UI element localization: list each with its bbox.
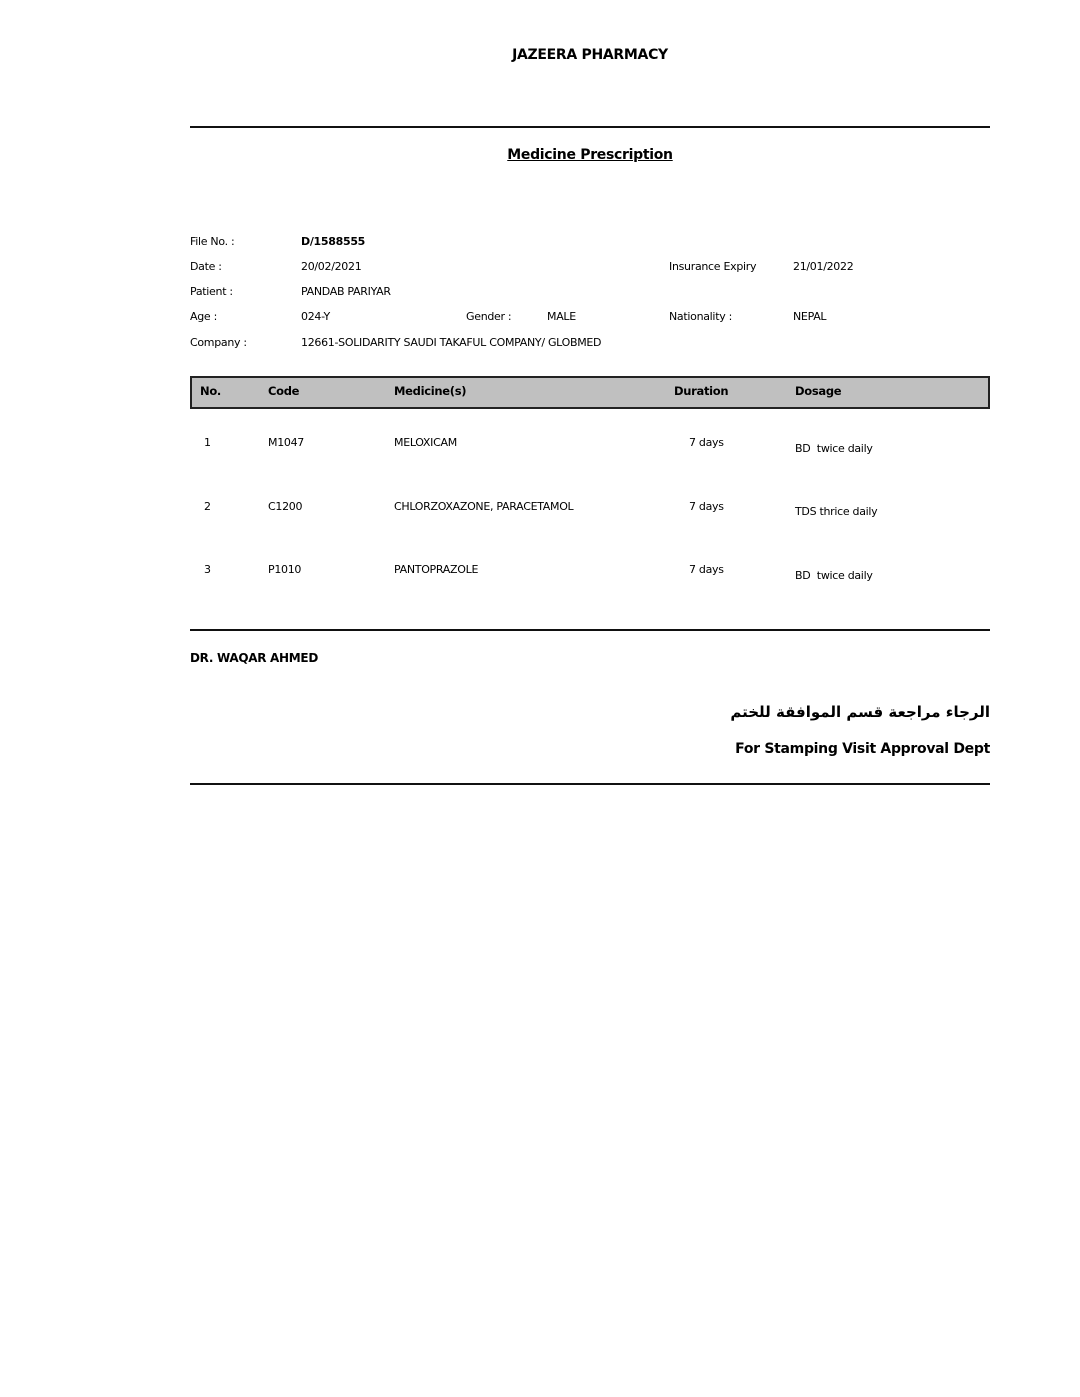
date-value: 20/02/2021 — [301, 260, 361, 273]
insurance-expiry-value: 21/01/2022 — [793, 260, 853, 273]
row-dosage: BD twice daily — [795, 442, 873, 455]
gender-label: Gender : — [466, 310, 511, 323]
company-value: 12661-SOLIDARITY SAUDI TAKAFUL COMPANY/ … — [301, 336, 601, 349]
top-divider — [190, 126, 990, 128]
header-no: No. — [200, 384, 221, 398]
footer-bottom-divider — [190, 783, 990, 785]
stamping-note: For Stamping Visit Approval Dept — [735, 741, 990, 757]
document-title: Medicine Prescription — [190, 147, 990, 163]
file-no-value: D/1588555 — [301, 235, 365, 248]
doctor-name: DR. WAQAR AHMED — [190, 651, 318, 665]
gender-value: MALE — [547, 310, 576, 323]
nationality-label: Nationality : — [669, 310, 732, 323]
file-no-label: File No. : — [190, 235, 234, 248]
pharmacy-name: JAZEERA PHARMACY — [0, 47, 1080, 63]
row-no: 2 — [204, 500, 211, 513]
nationality-value: NEPAL — [793, 310, 826, 323]
insurance-expiry-label: Insurance Expiry — [669, 260, 756, 273]
header-dosage: Dosage — [795, 384, 841, 398]
row-code: P1010 — [268, 563, 301, 576]
patient-label: Patient : — [190, 285, 233, 298]
date-label: Date : — [190, 260, 222, 273]
row-code: M1047 — [268, 436, 304, 449]
row-no: 3 — [204, 563, 211, 576]
header-code: Code — [268, 384, 299, 398]
footer-top-divider — [190, 629, 990, 631]
row-medicine: MELOXICAM — [394, 436, 457, 449]
company-label: Company : — [190, 336, 247, 349]
table-header — [190, 376, 990, 409]
header-duration: Duration — [674, 384, 728, 398]
row-duration: 7 days — [689, 500, 724, 513]
patient-value: PANDAB PARIYAR — [301, 285, 391, 298]
row-duration: 7 days — [689, 563, 724, 576]
row-medicine: CHLORZOXAZONE, PARACETAMOL — [394, 500, 573, 513]
row-dosage: BD twice daily — [795, 569, 873, 582]
row-duration: 7 days — [689, 436, 724, 449]
row-dosage: TDS thrice daily — [795, 505, 877, 518]
arabic-stamp-note: الرجاء مراجعة قسم الموافقة للختم — [730, 703, 990, 721]
row-code: C1200 — [268, 500, 302, 513]
row-no: 1 — [204, 436, 211, 449]
age-label: Age : — [190, 310, 217, 323]
age-value: 024-Y — [301, 310, 330, 323]
header-medicine: Medicine(s) — [394, 384, 466, 398]
row-medicine: PANTOPRAZOLE — [394, 563, 478, 576]
